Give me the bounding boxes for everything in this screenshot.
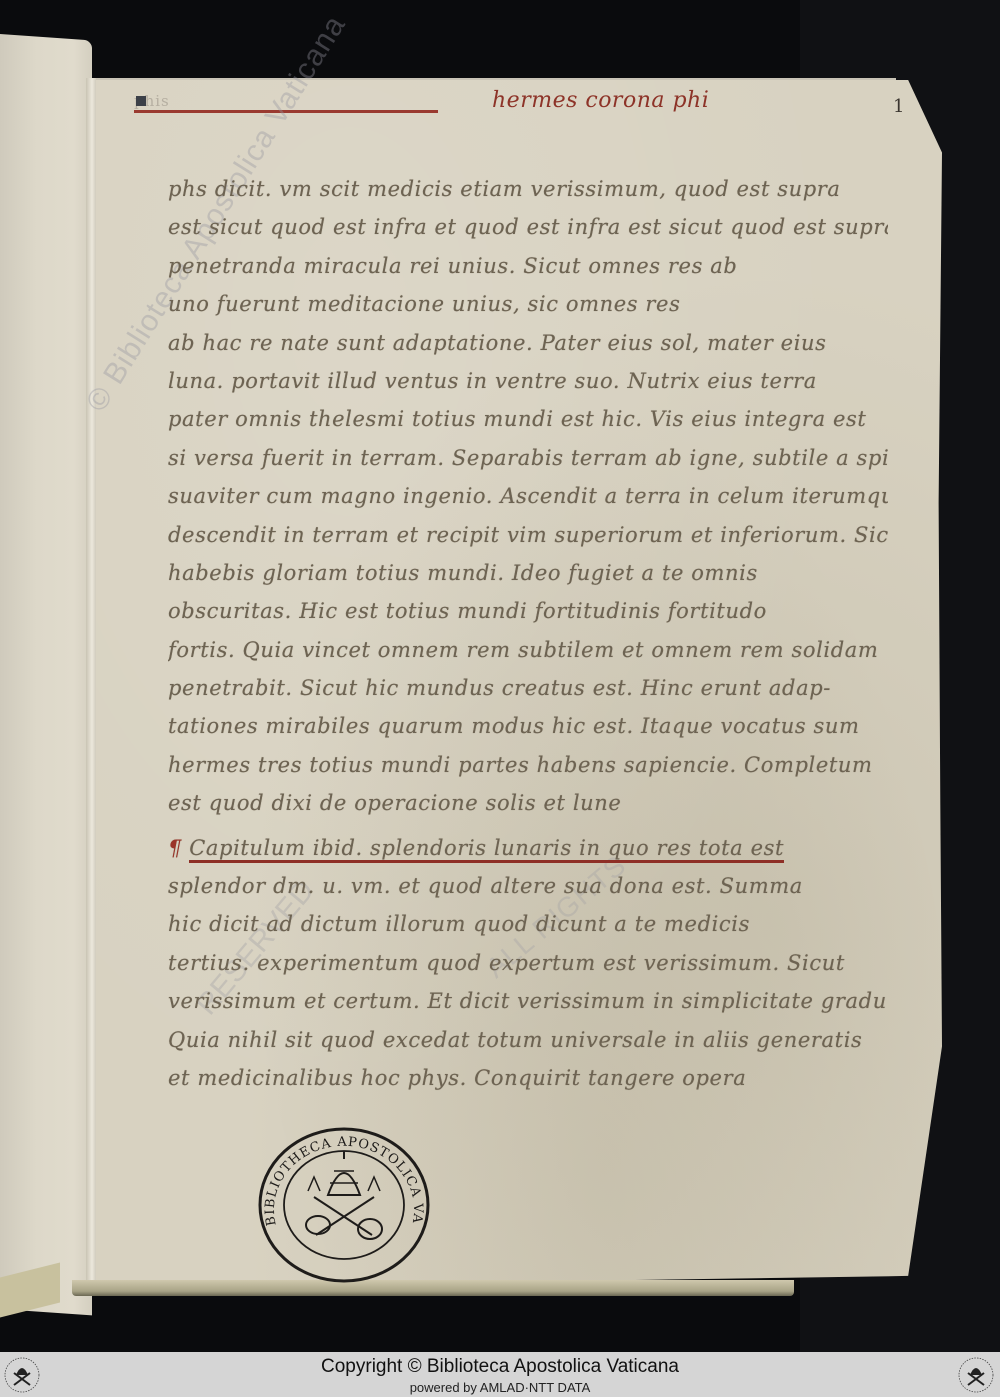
text-line: habebis gloriam totius mundi. Ideo fugie… xyxy=(168,554,888,592)
manuscript-text: phs dicit. vm scit medicis etiam verissi… xyxy=(168,170,888,1097)
pilcrow-icon: ¶ xyxy=(168,836,189,860)
text-line: si versa fuerit in terram. Separabis ter… xyxy=(168,439,888,477)
text-line: hic dicit ad dictum illorum quod dicunt … xyxy=(168,905,888,943)
text-line: descendit in terram et recipit vim super… xyxy=(168,516,888,554)
text-line: suaviter cum magno ingenio. Ascendit a t… xyxy=(168,477,888,515)
rubric-line: ¶ Capitulum ibid. splendoris lunaris in … xyxy=(168,829,888,867)
text-line: tertius. experimentum quod expertum est … xyxy=(168,944,888,982)
text-line: penetranda miracula rei unius. Sicut omn… xyxy=(168,247,888,285)
powered-by-text: powered by AMLAD·NTT DATA xyxy=(0,1380,1000,1396)
struck-heading: phis xyxy=(134,92,438,122)
vatican-library-seal-icon xyxy=(956,1355,996,1395)
rubric-text: Capitulum ibid. splendoris lunaris in qu… xyxy=(189,836,784,863)
strike-through-line xyxy=(134,110,438,113)
text-line: Quia nihil sit quod excedat totum univer… xyxy=(168,1021,888,1059)
copyright-text: Copyright © Biblioteca Apostolica Vatica… xyxy=(0,1352,1000,1378)
text-line: phs dicit. vm scit medicis etiam verissi… xyxy=(168,170,888,208)
text-line: penetrabit. Sicut hic mundus creatus est… xyxy=(168,669,888,707)
library-stamp-icon: BIBLIOTHECA APOSTOLICA VATICANA xyxy=(256,1125,432,1285)
left-flyleaf xyxy=(0,34,92,1315)
ink-mark xyxy=(136,96,146,106)
text-line: est sicut quod est infra et quod est inf… xyxy=(168,208,888,246)
svg-text:BIBLIOTHECA APOSTOLICA VATICAN: BIBLIOTHECA APOSTOLICA VATICANA xyxy=(256,1125,425,1227)
text-line: et medicinalibus hoc phys. Conquirit tan… xyxy=(168,1059,888,1097)
text-line: fortis. Quia vincet omnem rem subtilem e… xyxy=(168,631,888,669)
text-line: splendor dm. u. vm. et quod altere sua d… xyxy=(168,867,888,905)
running-head: hermes corona phi xyxy=(492,88,709,113)
vatican-library-seal-icon xyxy=(2,1355,42,1395)
text-line: obscuritas. Hic est totius mundi fortitu… xyxy=(168,592,888,630)
text-line: est quod dixi de operacione solis et lun… xyxy=(168,784,888,822)
text-line: verissimum et certum. Et dicit verissimu… xyxy=(168,982,888,1020)
text-line: hermes tres totius mundi partes habens s… xyxy=(168,746,888,784)
image-viewer: phis hermes corona phi 1 © Biblioteca Ap… xyxy=(0,0,1000,1352)
text-line: luna. portavit illud ventus in ventre su… xyxy=(168,362,888,400)
folio-bottom-edge xyxy=(72,1280,794,1296)
text-line: uno fuerunt meditacione unius, sic omnes… xyxy=(168,285,888,323)
text-line: tationes mirabiles quarum modus hic est.… xyxy=(168,707,888,745)
text-line: ab hac re nate sunt adaptatione. Pater e… xyxy=(168,324,888,362)
text-line: pater omnis thelesmi totius mundi est hi… xyxy=(168,400,888,438)
folio-number: 1 xyxy=(893,96,899,112)
copyright-footer: Copyright © Biblioteca Apostolica Vatica… xyxy=(0,1352,1000,1397)
